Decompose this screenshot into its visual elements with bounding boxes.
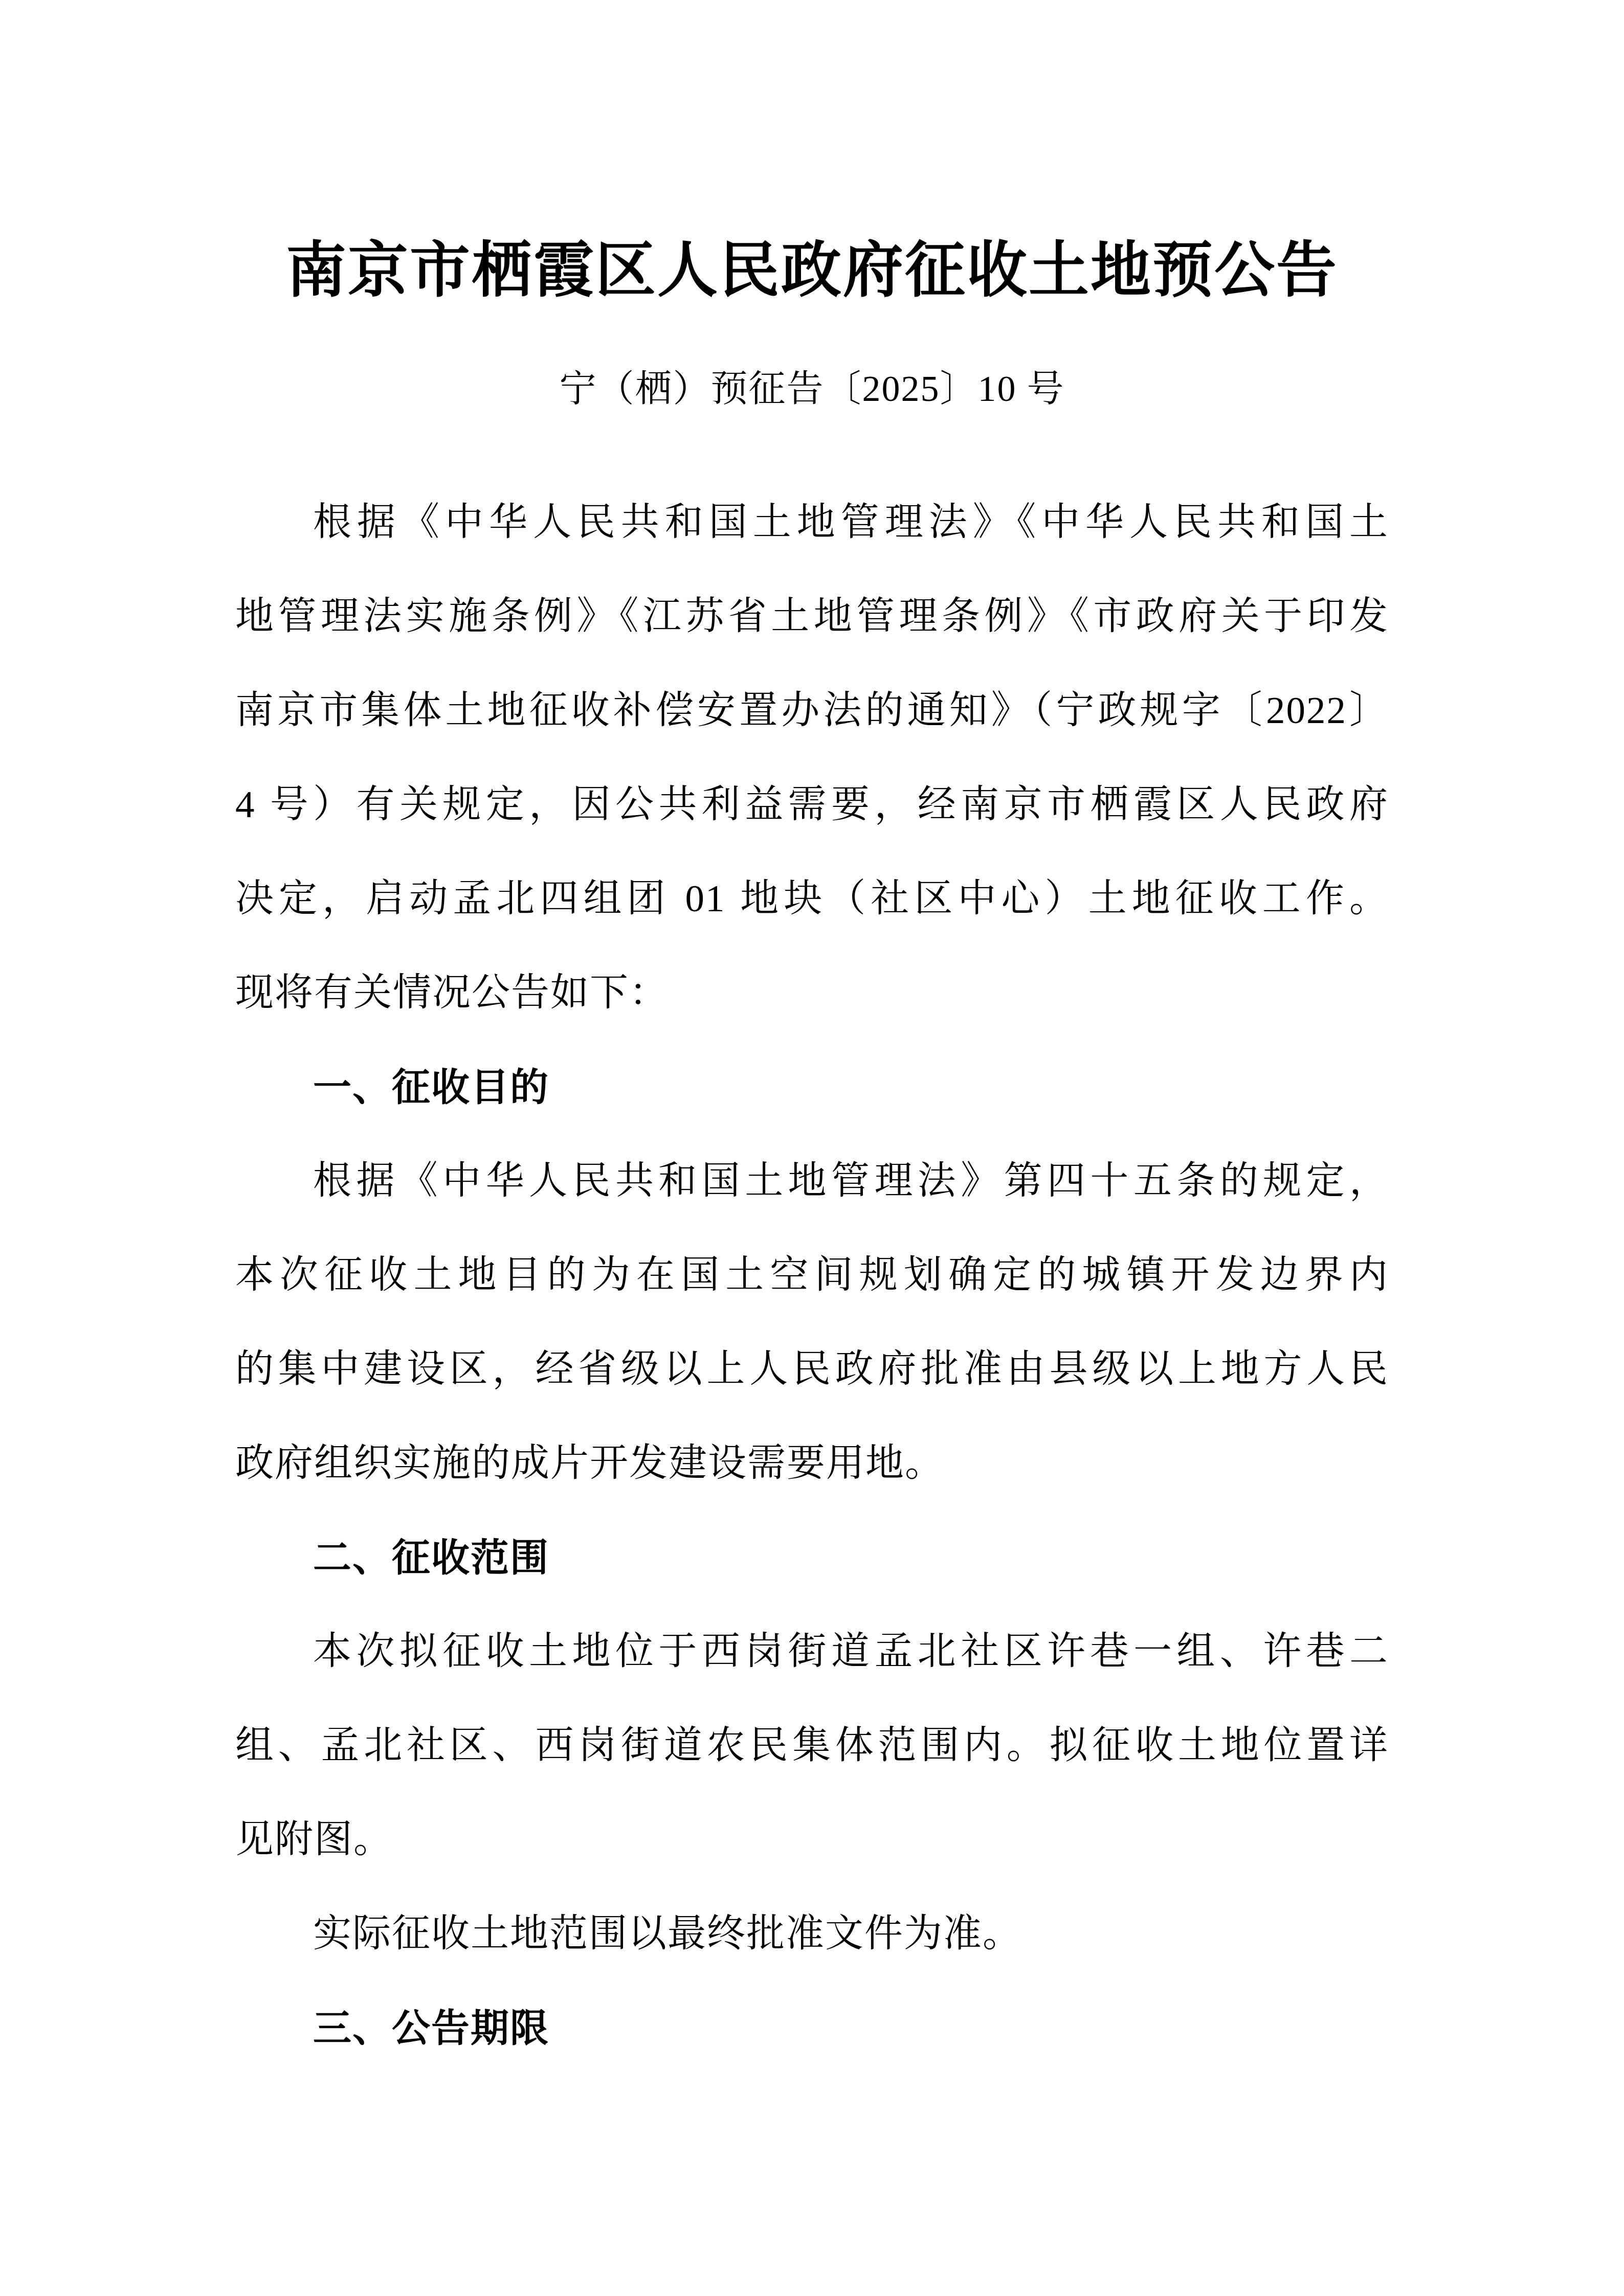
paragraph-line: 本次拟征收土地位于西岗街道孟北社区许巷一组、许巷二	[235, 1605, 1389, 1699]
document-body: 根据《中华人民共和国土地管理法》《中华人民共和国土地管理法实施条例》《江苏省土地…	[235, 476, 1389, 2075]
paragraph-line: 见附图。	[235, 1793, 1389, 1887]
paragraph-line: 根据《中华人民共和国土地管理法》第四十五条的规定，	[235, 1134, 1389, 1228]
paragraph-line: 的集中建设区，经省级以上人民政府批准由县级以上地方人民	[235, 1322, 1389, 1416]
paragraph-line: 4 号）有关规定，因公共利益需要，经南京市栖霞区人民政府	[235, 758, 1389, 852]
section-heading: 二、征收范围	[235, 1511, 1389, 1605]
document-page: 南京市栖霞区人民政府征收土地预公告 宁（栖）预征告〔2025〕10 号 根据《中…	[0, 0, 1624, 2296]
section-heading: 三、公告期限	[235, 1981, 1389, 2075]
paragraph-line: 实际征收土地范围以最终批准文件为准。	[235, 1887, 1389, 1981]
paragraph-line: 决定，启动孟北四组团 01 地块（社区中心）土地征收工作。	[235, 852, 1389, 946]
document-title: 南京市栖霞区人民政府征收土地预公告	[235, 230, 1389, 312]
document-number: 宁（栖）预征告〔2025〕10 号	[235, 363, 1389, 414]
paragraph-line: 南京市集体土地征收补偿安置办法的通知》（宁政规字〔2022〕	[235, 664, 1389, 758]
paragraph-line: 政府组织实施的成片开发建设需要用地。	[235, 1416, 1389, 1511]
section-heading: 一、征收目的	[235, 1040, 1389, 1134]
paragraph-line: 地管理法实施条例》《江苏省土地管理条例》《市政府关于印发	[235, 570, 1389, 664]
paragraph-line: 组、孟北社区、西岗街道农民集体范围内。拟征收土地位置详	[235, 1699, 1389, 1793]
paragraph-line: 现将有关情况公告如下：	[235, 946, 1389, 1040]
paragraph-line: 本次征收土地目的为在国土空间规划确定的城镇开发边界内	[235, 1228, 1389, 1322]
paragraph-line: 根据《中华人民共和国土地管理法》《中华人民共和国土	[235, 476, 1389, 570]
